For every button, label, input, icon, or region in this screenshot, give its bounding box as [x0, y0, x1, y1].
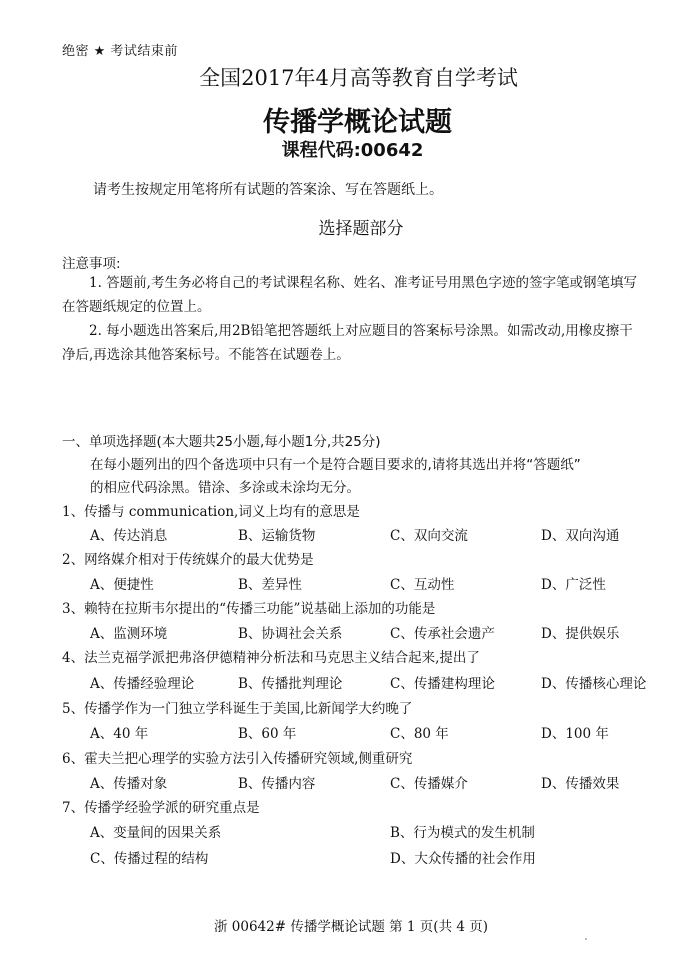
q1-option-d: D、双向沟通 — [541, 524, 619, 544]
q2-option-d: D、广泛性 — [541, 573, 606, 593]
q6-option-a: A、传播对象 — [90, 772, 167, 792]
q4-option-d: D、传播核心理论 — [541, 672, 646, 692]
q3-option-a: A、监测环境 — [90, 622, 167, 642]
q5-option-b: B、60 年 — [238, 722, 296, 742]
q6-option-d: D、传播效果 — [541, 772, 619, 792]
part1-desc-line2: 的相应代码涂黑。错涂、多涂或未涂均无分。 — [90, 476, 360, 496]
confidential-label: 绝密 ★ 考试结束前 — [62, 40, 178, 59]
q7-option-a: A、变量间的因果关系 — [90, 821, 221, 841]
q2-option-a: A、便捷性 — [90, 573, 154, 593]
page-footer: 浙 00642# 传播学概论试题 第 1 页(共 4 页) — [214, 915, 488, 935]
q4-option-a: A、传播经验理论 — [90, 672, 194, 692]
part1-heading: 一、单项选择题(本大题共25小题,每小题1分,共25分) — [62, 430, 381, 450]
exam-title: 全国2017年4月高等教育自学考试 — [0, 62, 677, 92]
note-item-1: 1. 答题前,考生务必将自己的考试课程名称、姓名、准考证号用黑色字迹的签字笔或钢… — [62, 271, 637, 319]
section-title-text: 选择题部分 — [319, 219, 404, 239]
q7-option-d: D、大众传播的社会作用 — [390, 847, 536, 867]
q7-option-b: B、行为模式的发生机制 — [390, 821, 535, 841]
question-7: 7、传播学经验学派的研究重点是 — [62, 796, 260, 816]
notes-heading: 注意事项: — [62, 252, 121, 272]
q1-option-c: C、双向交流 — [390, 524, 468, 544]
course-code: 课程代码:00642 — [0, 136, 677, 162]
section-title: 选择题部分 — [0, 214, 677, 239]
note-item-2: 2. 每小题选出答案后,用2B铅笔把答题纸上对应题目的答案标号涂黑。如需改动,用… — [62, 319, 637, 367]
paper-title: 传播学概论试题 — [0, 100, 677, 139]
q3-option-c: C、传承社会遗产 — [390, 622, 495, 642]
q2-option-c: C、互动性 — [390, 573, 454, 593]
question-1: 1、传播与 communication,词义上均有的意思是 — [62, 500, 360, 520]
q2-option-b: B、差异性 — [238, 573, 302, 593]
question-3: 3、赖特在拉斯韦尔提出的“传播三功能”说基础上添加的功能是 — [62, 597, 435, 617]
q1-option-a: A、传达消息 — [90, 524, 167, 544]
q4-option-b: B、传播批判理论 — [238, 672, 342, 692]
exam-title-text: 全国2017年4月高等教育自学考试 — [199, 66, 518, 90]
q5-option-d: D、100 年 — [541, 722, 609, 742]
question-4: 4、法兰克福学派把弗洛伊德精神分析法和马克思主义结合起来,提出了 — [62, 646, 480, 666]
q5-option-a: A、40 年 — [90, 722, 148, 742]
question-6: 6、霍夫兰把心理学的实验方法引入传播研究领域,侧重研究 — [62, 747, 412, 767]
answer-instruction: 请考生按规定用笔将所有试题的答案涂、写在答题纸上。 — [93, 179, 443, 199]
scan-speck — [585, 938, 587, 940]
q3-option-d: D、提供娱乐 — [541, 622, 619, 642]
q3-option-b: B、协调社会关系 — [238, 622, 342, 642]
course-code-text: 课程代码:00642 — [282, 140, 424, 161]
q4-option-c: C、传播建构理论 — [390, 672, 495, 692]
q6-option-c: C、传播媒介 — [390, 772, 468, 792]
paper-title-text: 传播学概论试题 — [263, 107, 452, 138]
part1-desc-line1: 在每小题列出的四个备选项中只有一个是符合题目要求的,请将其选出并将“答题纸” — [90, 453, 581, 473]
q6-option-b: B、传播内容 — [238, 772, 315, 792]
question-5: 5、传播学作为一门独立学科诞生于美国,比新闻学大约晚了 — [62, 697, 412, 717]
q5-option-c: C、80 年 — [390, 722, 449, 742]
question-2: 2、网络媒介相对于传统媒介的最大优势是 — [62, 548, 314, 568]
q1-option-b: B、运输货物 — [238, 524, 315, 544]
q7-option-c: C、传播过程的结构 — [90, 847, 208, 867]
